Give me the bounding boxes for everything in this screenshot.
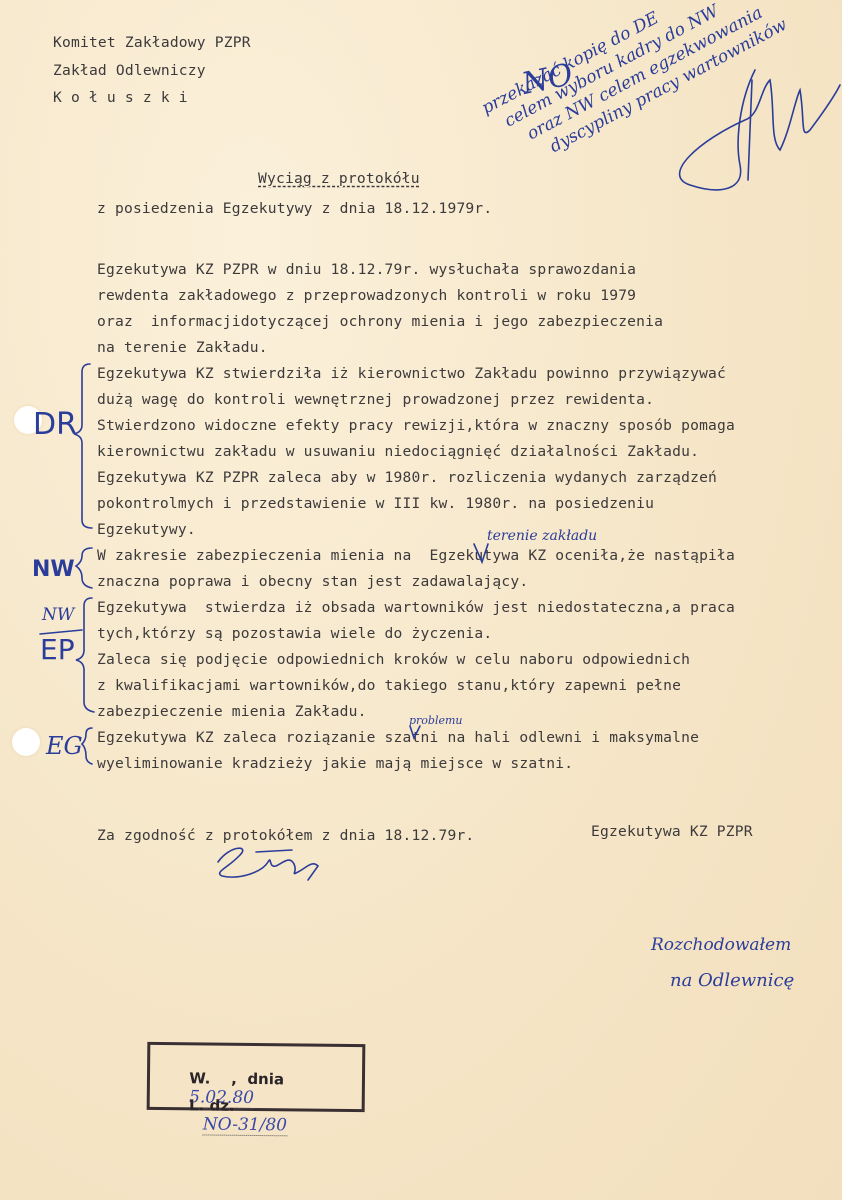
body-line: pokontrolmych i przedstawienie w III kw.… [97,495,654,512]
margin-code-ep: EP [40,633,75,666]
issuer-signature-block: Egzekutywa KZ PZPR [591,823,753,840]
handwritten-bottom-note-line2: na Odlewnicę [670,970,794,991]
body-line: oraz informacjidotyczącej ochrony mienia… [97,313,663,330]
body-line: z kwalifikacjami wartowników,do takiego … [97,677,681,694]
stamp-ref-label: L. dz. [189,1096,235,1114]
body-line: Egzekutywa KZ stwierdziła iż kierownictw… [97,365,726,382]
body-line: Egzekutywa KZ PZPR w dniu 18.12.79r. wys… [97,261,636,278]
margin-code-nw: NW [32,557,75,582]
margin-code-dr: DR [33,407,77,442]
punch-hole-bottom [12,728,40,756]
handwritten-bottom-note-line1: Rozchodowałem [651,935,791,955]
body-line: znaczna poprawa i obecny stan jest zadaw… [97,573,528,590]
body-line: wyeliminowanie kradzieży jakie mają miej… [97,755,573,772]
registry-stamp: W. , dnia 5.02.80 L. dz. NO-31/80 [147,1042,366,1112]
document-title: Wyciąg z protokółu [258,170,420,187]
body-line: Egzekutywy. [97,521,196,538]
stamp-ref-value: NO-31/80 [203,1114,287,1136]
body-line: W zakresie zabezpieczenia mienia na Egze… [97,547,735,564]
body-line: kierownictwu zakładu w usuwaniu niedocią… [97,443,699,460]
org-name: Komitet Zakładowy PZPR [53,34,251,51]
body-line: Egzekutywa KZ PZPR zaleca aby w 1980r. r… [97,469,717,486]
document-subtitle: z posiedzenia Egzekutywy z dnia 18.12.19… [97,200,492,217]
body-line: zabezpieczenie mienia Zakładu. [97,703,367,720]
margin-code-nw-fraction: NW [42,605,74,625]
margin-code-eg: EG [46,732,83,760]
handwritten-insert-problemu: problemu [409,714,463,727]
org-location: K o ł u s z k i [53,89,188,106]
org-unit: Zakład Odlewniczy [53,62,206,79]
handwritten-insert-terenie-zakladu: terenie zakładu [487,528,597,544]
body-line: Egzekutywa stwierdza iż obsada wartownik… [97,599,735,616]
body-line: Egzekutywa KZ zaleca roziązanie szatni n… [97,729,699,746]
body-line: rewdenta zakładowego z przeprowadzonych … [97,287,636,304]
body-line: dużą wagę do kontroli wewnętrznej prowad… [97,391,654,408]
body-line: na terenie Zakładu. [97,339,268,356]
certification-line: Za zgodność z protokółem z dnia 18.12.79… [97,827,474,844]
document-page: Komitet Zakładowy PZPR Zakład Odlewniczy… [0,0,842,1200]
body-line: Stwierdzono widoczne efekty pracy rewizj… [97,417,735,434]
handwritten-top-note: przekazać kopię do DE celem wyboru kadry… [478,0,837,178]
body-line: Zaleca się podjęcie odpowiednich kroków … [97,651,690,668]
body-line: tych,którzy są pozostawia wiele do życze… [97,625,492,642]
